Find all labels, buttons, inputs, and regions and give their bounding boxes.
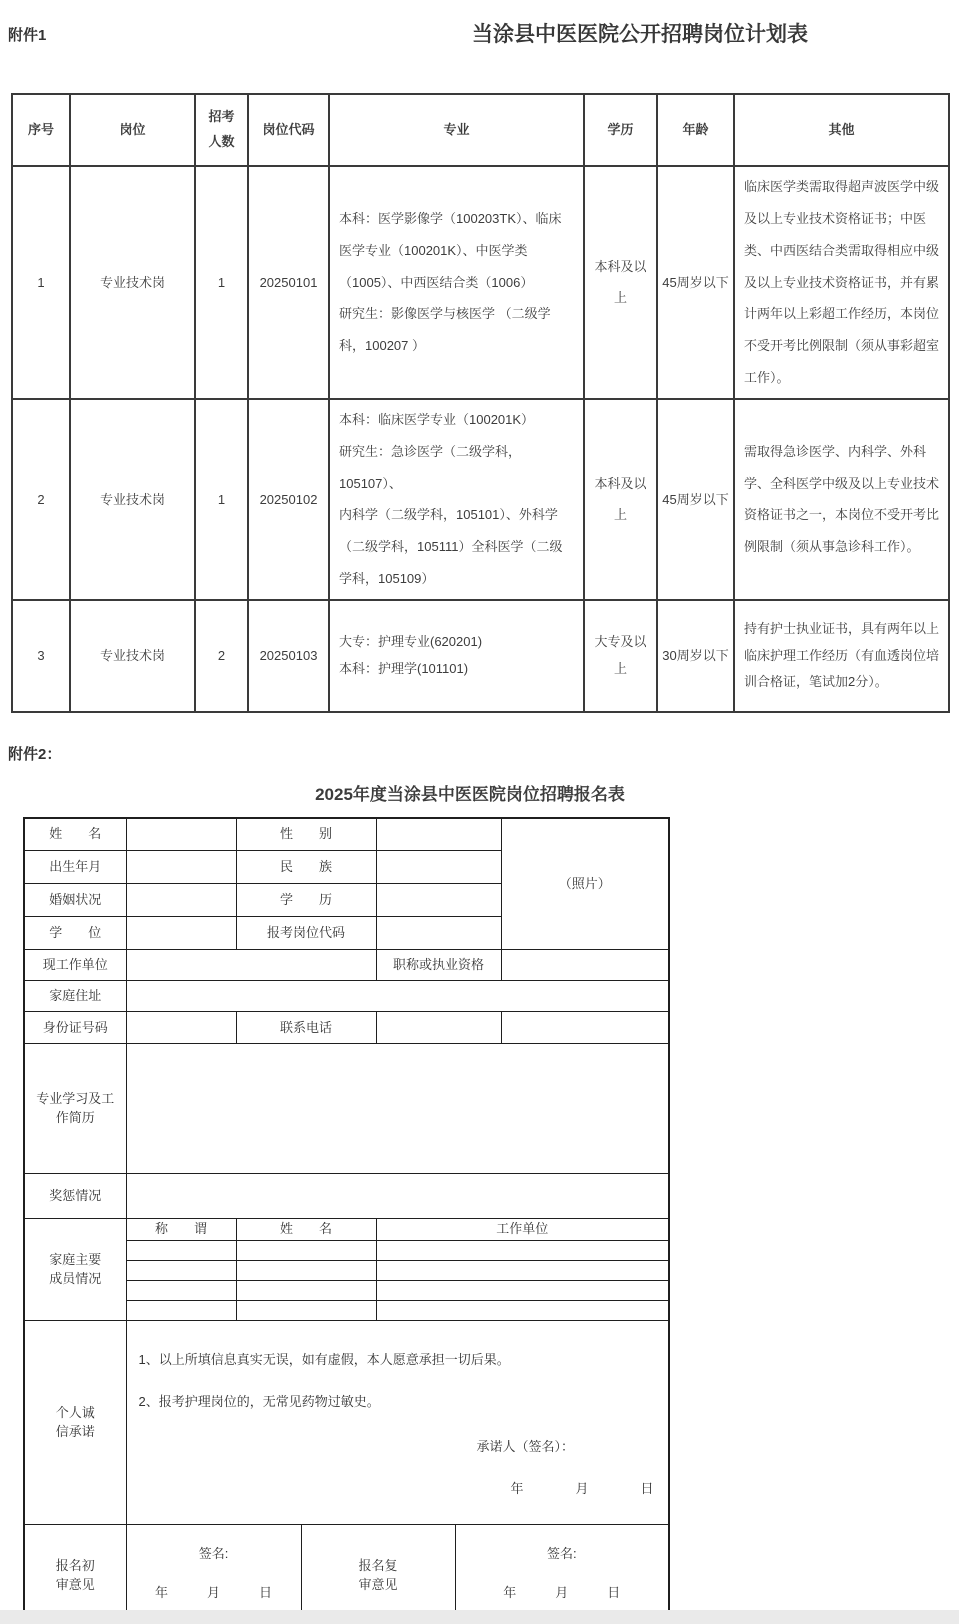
- title-qualification-field[interactable]: [501, 950, 669, 981]
- family-relation-field[interactable]: [126, 1301, 236, 1321]
- education-field[interactable]: [376, 884, 501, 917]
- family-name-field[interactable]: [236, 1241, 376, 1261]
- extra-field[interactable]: [501, 1012, 669, 1044]
- post-code-field[interactable]: [376, 917, 501, 950]
- table-row: 2 专业技术岗 1 20250102 本科：临床医学专业（100201K） 研究…: [12, 399, 949, 600]
- cell-code: 20250103: [248, 600, 329, 712]
- cell-education: 本科及以上: [584, 399, 657, 600]
- family-relation-field[interactable]: [126, 1261, 236, 1281]
- work-unit-label: 现工作单位: [24, 950, 126, 981]
- cell-age: 45周岁以下: [657, 399, 734, 600]
- rewards-field[interactable]: [126, 1174, 669, 1219]
- cell-code: 20250102: [248, 399, 329, 600]
- cell-major: 本科：医学影像学（100203TK）、临床医学专业（100201K）、中医学类（…: [329, 166, 584, 399]
- pledge-line-1: 1、以上所填信息真实无误，如有虚假，本人愿意承担一切后果。: [139, 1350, 659, 1371]
- col-header-age: 年龄: [657, 94, 734, 166]
- col-header-count: 招考 人数: [195, 94, 248, 166]
- address-label: 家庭住址: [24, 981, 126, 1012]
- family-relation-field[interactable]: [126, 1241, 236, 1261]
- work-unit-field[interactable]: [126, 950, 376, 981]
- form-row-resume: 专业学习及工 作简历: [24, 1044, 669, 1174]
- family-name-field[interactable]: [236, 1281, 376, 1301]
- col-header-seq: 序号: [12, 94, 70, 166]
- family-name-field[interactable]: [236, 1301, 376, 1321]
- col-header-other: 其他: [734, 94, 949, 166]
- cell-seq: 2: [12, 399, 70, 600]
- plan-table-title: 当涂县中医医院公开招聘岗位计划表: [472, 18, 808, 48]
- pledge-date-line: 年 月 日: [139, 1479, 659, 1500]
- name-field[interactable]: [126, 818, 236, 851]
- cell-count: 1: [195, 399, 248, 600]
- cell-count: 1: [195, 166, 248, 399]
- pledge-sign-label: 承诺人（签名）：: [139, 1437, 659, 1458]
- pledge-line-2: 2、报考护理岗位的，无常见药物过敏史。: [139, 1392, 659, 1413]
- gender-field[interactable]: [376, 818, 501, 851]
- family-unit-field[interactable]: [376, 1301, 669, 1321]
- form-row-address: 家庭住址: [24, 981, 669, 1012]
- family-relation-field[interactable]: [126, 1281, 236, 1301]
- attachment1-header: 附件1 当涂县中医医院公开招聘岗位计划表: [0, 0, 959, 93]
- title-qualification-label: 职称或执业资格: [376, 950, 501, 981]
- cell-seq: 3: [12, 600, 70, 712]
- gender-label: 性 别: [236, 818, 376, 851]
- marital-label: 婚姻状况: [24, 884, 126, 917]
- col-header-major: 专业: [329, 94, 584, 166]
- first-review-date-line: 年 月 日: [130, 1584, 298, 1603]
- id-number-label: 身份证号码: [24, 1012, 126, 1044]
- degree-label: 学 位: [24, 917, 126, 950]
- family-unit-header: 工作单位: [376, 1219, 669, 1241]
- marital-field[interactable]: [126, 884, 236, 917]
- cell-major: 本科：临床医学专业（100201K） 研究生：急诊医学（二级学科，105107）…: [329, 399, 584, 600]
- cell-age: 45周岁以下: [657, 166, 734, 399]
- degree-field[interactable]: [126, 917, 236, 950]
- family-header-row: 家庭主要 成员情况 称 谓 姓 名 工作单位: [24, 1219, 669, 1241]
- first-review-sign-label: 签名:: [130, 1545, 298, 1564]
- col-header-code: 岗位代码: [248, 94, 329, 166]
- cell-major: 大专：护理专业(620201) 本科：护理学(101101): [329, 600, 584, 712]
- cell-count: 2: [195, 600, 248, 712]
- application-form-table: 姓 名 性 别 （照片） 出生年月 民 族 婚姻状况 学 历 学 位 报考岗位代…: [23, 817, 670, 1624]
- phone-field[interactable]: [376, 1012, 501, 1044]
- col-header-education: 学历: [584, 94, 657, 166]
- id-number-field[interactable]: [126, 1012, 236, 1044]
- table-row: 1 专业技术岗 1 20250101 本科：医学影像学（100203TK）、临床…: [12, 166, 949, 399]
- table-row: 3 专业技术岗 2 20250103 大专：护理专业(620201) 本科：护理…: [12, 600, 949, 712]
- cell-other: 持有护士执业证书，具有两年以上临床护理工作经历（有血透岗位培训合格证，笔试加2分…: [734, 600, 949, 712]
- birth-field[interactable]: [126, 851, 236, 884]
- resume-field[interactable]: [126, 1044, 669, 1174]
- recruitment-plan-table: 序号 岗位 招考 人数 岗位代码 专业 学历 年龄 其他 1 专业技术岗 1 2…: [11, 93, 950, 713]
- family-unit-field[interactable]: [376, 1241, 669, 1261]
- cell-education: 大专及以上: [584, 600, 657, 712]
- form-row-name: 姓 名 性 别 （照片）: [24, 818, 669, 851]
- pledge-label: 个人诚 信承诺: [24, 1321, 126, 1525]
- address-field[interactable]: [126, 981, 669, 1012]
- cell-post: 专业技术岗: [70, 166, 195, 399]
- family-unit-field[interactable]: [376, 1261, 669, 1281]
- family-relation-header: 称 谓: [126, 1219, 236, 1241]
- cell-age: 30周岁以下: [657, 600, 734, 712]
- attachment1-label: 附件1: [8, 24, 46, 45]
- form-row-pledge: 个人诚 信承诺 1、以上所填信息真实无误，如有虚假，本人愿意承担一切后果。 2、…: [24, 1321, 669, 1525]
- form-row-work-unit: 现工作单位 职称或执业资格: [24, 950, 669, 981]
- post-code-label: 报考岗位代码: [236, 917, 376, 950]
- cell-post: 专业技术岗: [70, 399, 195, 600]
- col-header-post: 岗位: [70, 94, 195, 166]
- family-name-header: 姓 名: [236, 1219, 376, 1241]
- cell-seq: 1: [12, 166, 70, 399]
- plan-table-header-row: 序号 岗位 招考 人数 岗位代码 专业 学历 年龄 其他: [12, 94, 949, 166]
- photo-placeholder: （照片）: [501, 818, 669, 950]
- pledge-content: 1、以上所填信息真实无误，如有虚假，本人愿意承担一切后果。 2、报考护理岗位的，…: [126, 1321, 669, 1525]
- form-row-id: 身份证号码 联系电话: [24, 1012, 669, 1044]
- second-review-sign-label: 签名:: [459, 1545, 666, 1564]
- cell-post: 专业技术岗: [70, 600, 195, 712]
- education-label: 学 历: [236, 884, 376, 917]
- family-name-field[interactable]: [236, 1261, 376, 1281]
- attachment2-label: 附件2：: [8, 743, 959, 764]
- cell-code: 20250101: [248, 166, 329, 399]
- cell-other: 临床医学类需取得超声波医学中级及以上专业技术资格证书；中医类、中西医结合类需取得…: [734, 166, 949, 399]
- birth-label: 出生年月: [24, 851, 126, 884]
- application-form-title: 2025年度当涂县中医医院岗位招聘报名表: [0, 780, 940, 805]
- cell-other: 需取得急诊医学、内科学、外科学、全科医学中级及以上专业技术资格证书之一，本岗位不…: [734, 399, 949, 600]
- second-review-date-line: 年 月 日: [459, 1584, 666, 1603]
- name-label: 姓 名: [24, 818, 126, 851]
- family-unit-field[interactable]: [376, 1281, 669, 1301]
- resume-label: 专业学习及工 作简历: [24, 1044, 126, 1174]
- form-row-rewards: 奖惩情况: [24, 1174, 669, 1219]
- cell-education: 本科及以上: [584, 166, 657, 399]
- ethnicity-field[interactable]: [376, 851, 501, 884]
- rewards-label: 奖惩情况: [24, 1174, 126, 1219]
- ethnicity-label: 民 族: [236, 851, 376, 884]
- phone-label: 联系电话: [236, 1012, 376, 1044]
- family-label: 家庭主要 成员情况: [24, 1219, 126, 1321]
- page-footer-bar: [0, 1610, 959, 1624]
